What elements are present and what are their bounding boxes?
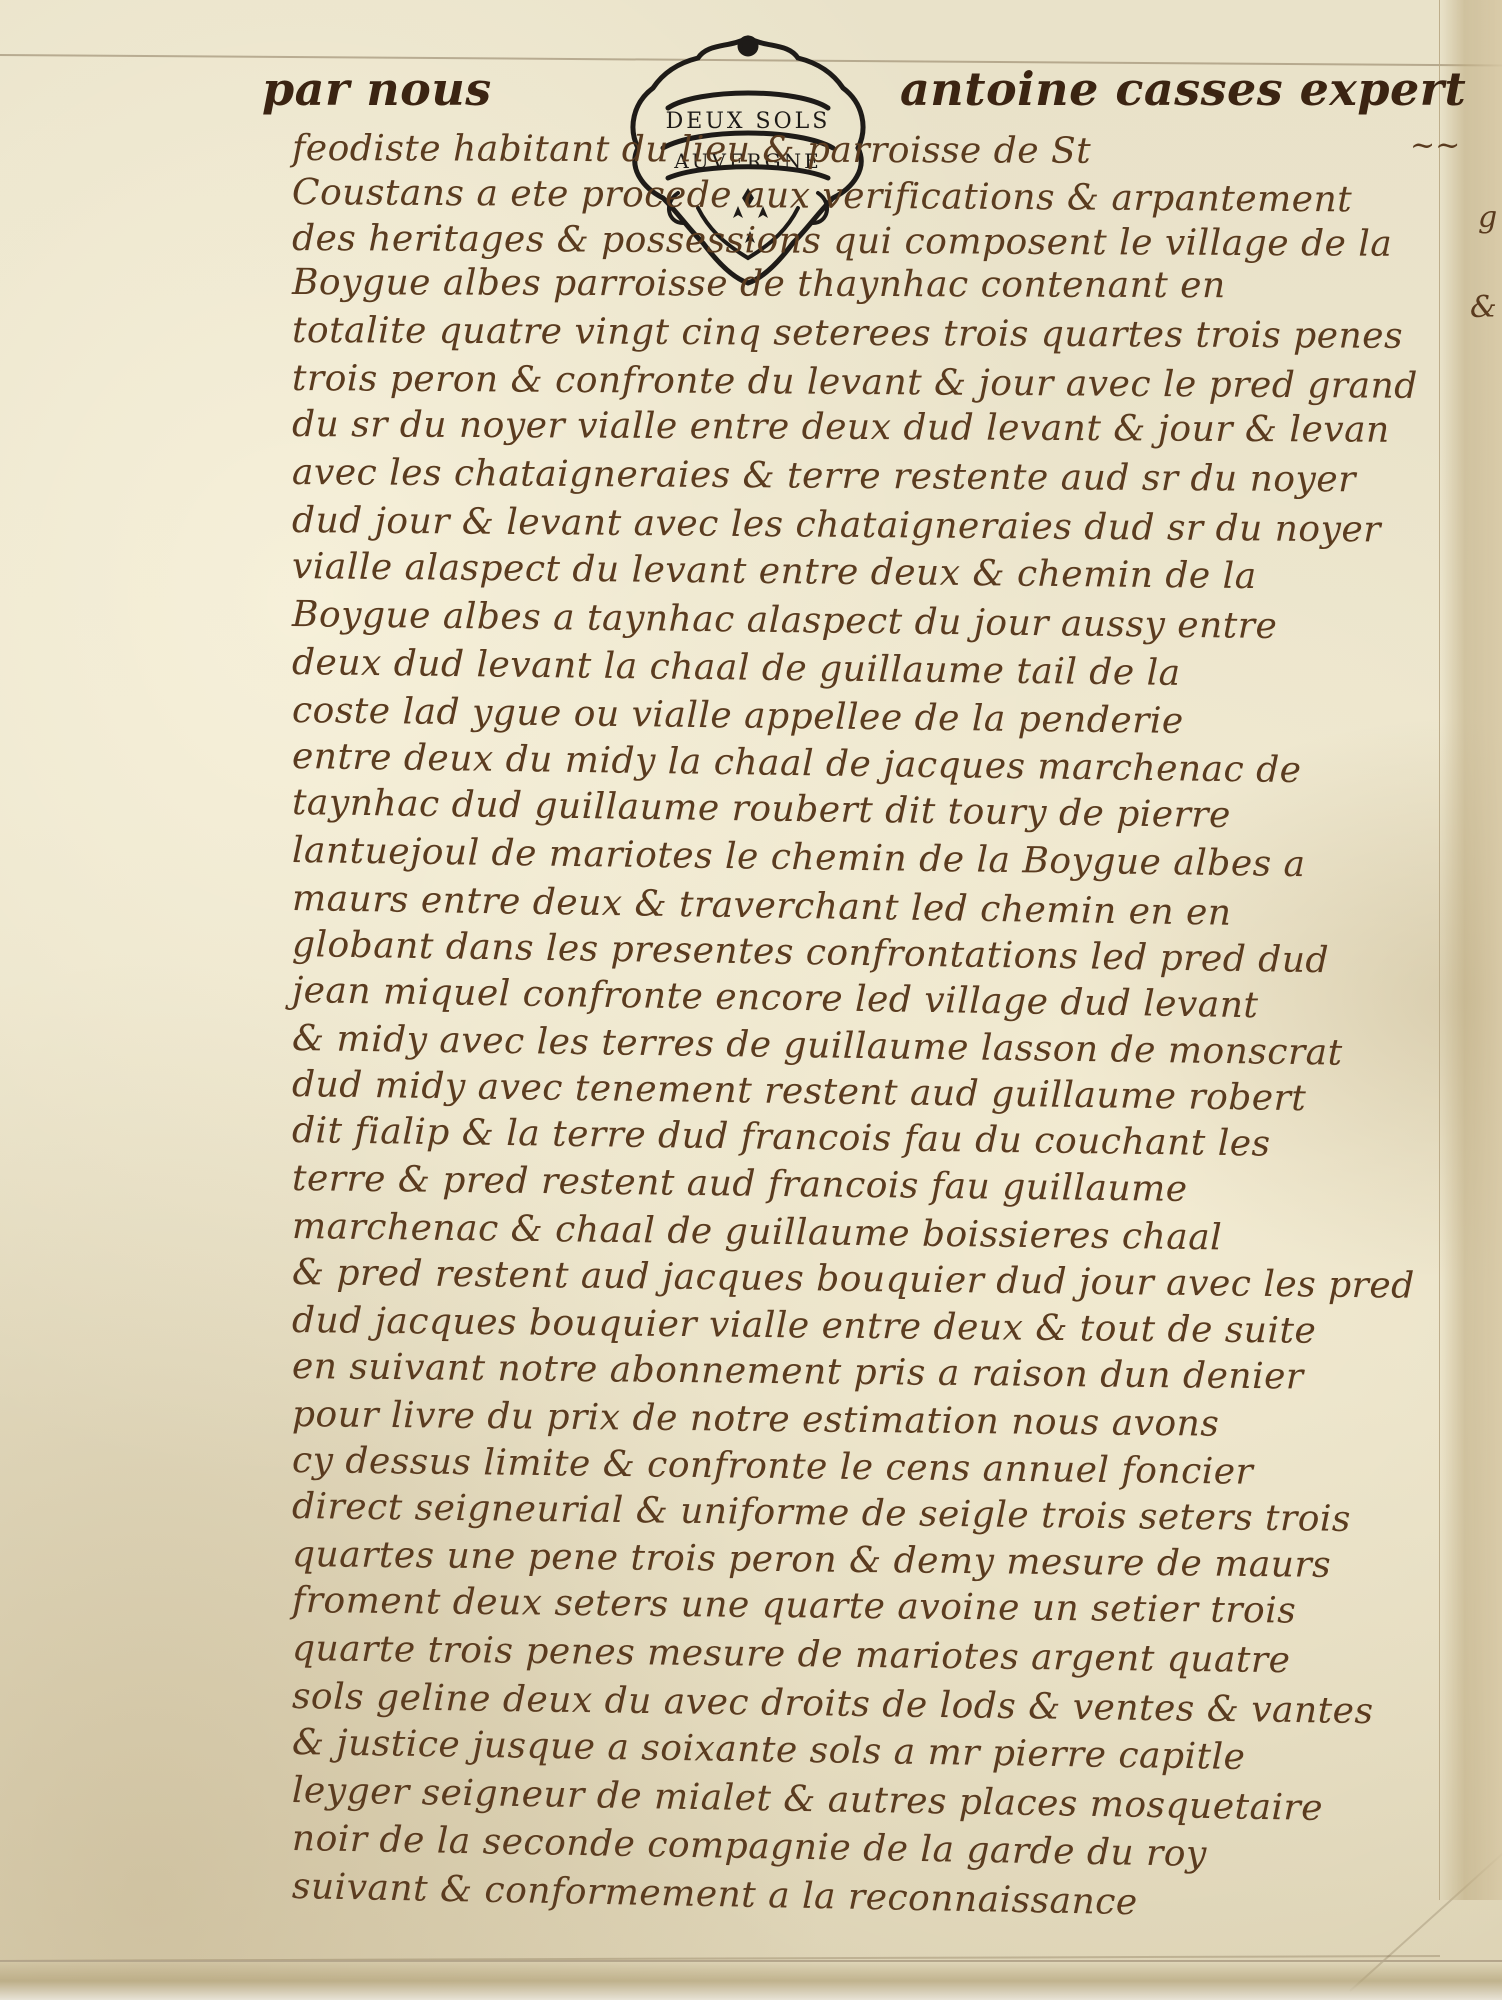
manuscript-line: noir de la seconde compagnie de la garde… xyxy=(292,1818,1207,1875)
manuscript-line: pour livre du prix de notre estimation n… xyxy=(292,1394,1220,1445)
manuscript-line: feodiste habitant du lieu & parroisse de… xyxy=(292,128,1091,172)
manuscript-line: dud jour & levant avec les chataigneraie… xyxy=(292,500,1381,551)
manuscript-line: lantuejoul de mariotes le chemin de la B… xyxy=(292,830,1306,885)
manuscript-line: marchenac & chaal de guillaume boissiere… xyxy=(292,1206,1223,1258)
manuscript-line: des heritages & possessions qui composen… xyxy=(292,218,1393,265)
manuscript-line: quarte trois penes mesure de mariotes ar… xyxy=(292,1628,1291,1681)
manuscript-line: & pred restent aud jacques bouquier dud … xyxy=(292,1252,1415,1307)
manuscript-line: trois peron & confronte du levant & jour… xyxy=(292,358,1418,407)
manuscript-line: coste lad ygue ou vialle appellee de la … xyxy=(292,690,1184,742)
heading-left: par nous xyxy=(262,62,492,116)
margin-mark-wave: ~~ xyxy=(1410,128,1460,163)
manuscript-line: dud midy avec tenement restent aud guill… xyxy=(292,1064,1307,1119)
manuscript-body: par nous antoine casses expert feodiste … xyxy=(0,0,1502,2000)
manuscript-line: deux dud levant la chaal de guillaume ta… xyxy=(292,642,1181,694)
manuscript-line: terre & pred restent aud francois fau gu… xyxy=(292,1158,1188,1210)
manuscript-line: Coustans a ete procede aux verifications… xyxy=(292,172,1352,220)
manuscript-line: dit fialip & la terre dud francois fau d… xyxy=(292,1110,1271,1165)
heading-right: antoine casses expert xyxy=(900,62,1466,116)
manuscript-line: quartes une pene trois peron & demy mesu… xyxy=(292,1534,1332,1586)
manuscript-line: avec les chataigneraies & terre restente… xyxy=(292,452,1356,500)
manuscript-line: Boygue albes parroisse de thaynhac conte… xyxy=(292,262,1226,306)
manuscript-line: jean miquel confronte encore led village… xyxy=(292,970,1259,1026)
manuscript-line: dud jacques bouquier vialle entre deux &… xyxy=(292,1300,1317,1352)
manuscript-line: froment deux seters une quarte avoine un… xyxy=(292,1580,1297,1632)
manuscript-line: & justice jusque a soixante sols a mr pi… xyxy=(292,1722,1246,1778)
manuscript-line: suivant & conformement a la reconnaissan… xyxy=(292,1866,1138,1923)
margin-mark-ampersand: & xyxy=(1470,290,1497,325)
manuscript-line: entre deux du midy la chaal de jacques m… xyxy=(292,736,1302,791)
manuscript-line: Boygue albes a taynhac alaspect du jour … xyxy=(292,594,1278,647)
manuscript-line: totalite quatre vingt cinq seterees troi… xyxy=(292,310,1403,357)
manuscript-line: taynhac dud guillaume roubert dit toury … xyxy=(292,782,1231,836)
manuscript-line: direct seigneurial & uniforme de seigle … xyxy=(292,1486,1351,1540)
manuscript-line: cy dessus limite & confronte le cens ann… xyxy=(292,1440,1254,1493)
manuscript-line: en suivant notre abonnement pris a raiso… xyxy=(292,1346,1304,1398)
manuscript-line: du sr du noyer vialle entre deux dud lev… xyxy=(292,404,1390,451)
margin-mark-glyph: g xyxy=(1478,200,1497,235)
manuscript-line: vialle alaspect du levant entre deux & c… xyxy=(292,546,1257,597)
